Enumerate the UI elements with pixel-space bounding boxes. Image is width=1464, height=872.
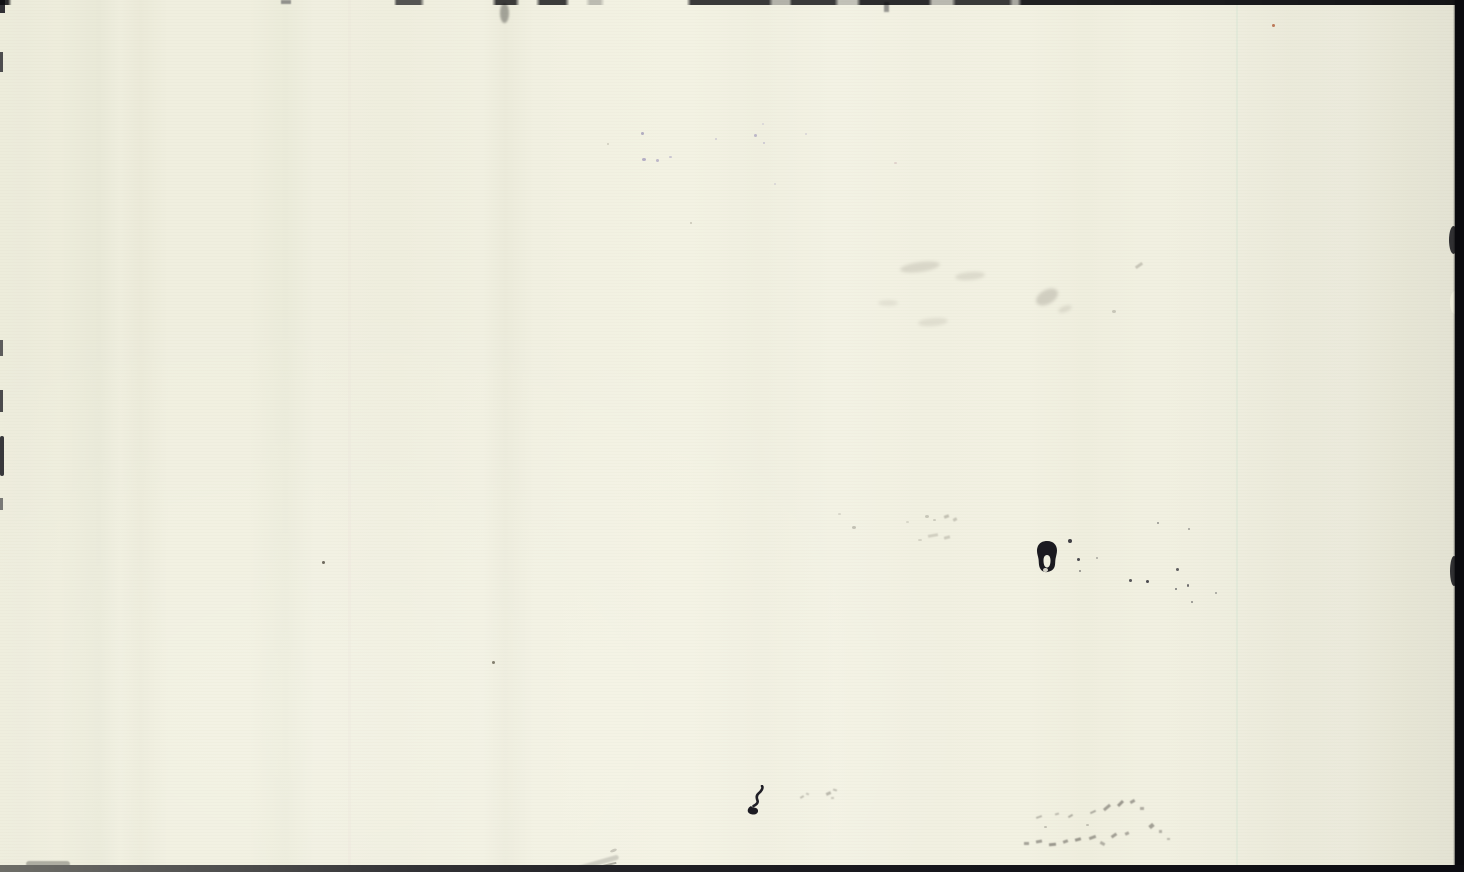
ink-speck-6 [1146,580,1149,583]
ghost-script-a1 [1036,815,1042,819]
scratch-tip [610,848,618,853]
ink-speck-8 [1175,588,1177,590]
faint-smudge-7 [1135,262,1143,269]
pink-scan-streak [348,0,351,872]
ink-speck-13 [1215,592,1217,594]
ghost-script-b8 [1111,833,1118,839]
faint-smudge-6 [878,300,898,306]
left-edge-mark-3 [0,390,3,412]
ink-speck-1 [1068,539,1072,543]
ink-speck-11 [1157,522,1159,524]
ghost-script-b4 [1063,839,1069,844]
faint-smudge-8 [1112,310,1116,313]
ghost-mark-m1 [925,515,929,518]
faint-smudge-4 [1057,304,1072,314]
faint-smudge-2 [955,271,986,282]
ghost-script-a7 [1130,799,1136,804]
faint-smudge-5 [918,317,949,328]
ink-speck-4 [1096,557,1098,559]
lone-speck-3 [690,222,692,224]
left-edge-mark-5 [0,498,3,510]
scanner-edge-bottom [0,865,1464,872]
purple-bleed-dot-7 [763,142,765,144]
ghost-script-b11 [1159,830,1162,833]
squiggle-tail-mark-5 [831,797,834,799]
ghost-script-b10 [1148,823,1154,829]
squiggle-tail-mark-4 [833,789,837,792]
purple-bleed-dot-10 [774,183,776,185]
ghost-mark-m6 [944,535,951,539]
ghost-mark-m4 [953,517,958,522]
lone-speck-2 [492,661,495,664]
ghost-mark-m10 [838,513,841,515]
purple-bleed-dot-4 [669,156,672,158]
purple-bleed-dot-5 [715,138,717,140]
ghost-script-a4 [1090,810,1096,814]
ghost-mark-m5 [928,533,938,538]
squiggle-tail-mark-2 [806,793,810,796]
ink-speck-3 [1079,570,1081,572]
ghost-mark-m3 [944,514,950,519]
squiggle-tail-mark-1 [800,795,804,799]
ghost-script-b5 [1075,837,1082,841]
ghost-mark-m2 [933,519,936,521]
left-edge-mark-2 [0,340,3,356]
ghost-script-dot-2 [1086,824,1089,826]
scanned-card [0,0,1464,872]
ghost-script-a6 [1117,800,1124,807]
ghost-script-b1 [1024,842,1029,845]
left-edge-mark-4 [0,436,4,476]
left-edge-mark-1 [0,52,3,72]
purple-bleed-dot-2 [642,158,646,161]
ghost-script-a8 [1140,807,1144,810]
ghost-script-b3 [1049,843,1056,847]
ghost-script-a3 [1068,814,1073,818]
faint-smudge-3 [1033,285,1061,309]
ghost-script-a5 [1103,804,1111,811]
ink-squiggle-blob [746,804,762,816]
squiggle-tail-mark-3 [826,791,832,796]
ink-blot [1034,540,1060,574]
purple-bleed-dot-6 [754,134,757,137]
ghost-mark-m8 [906,521,909,523]
purple-bleed-dot-8 [762,123,764,125]
top-edge-ink-drip [500,3,509,23]
marks-layer [0,0,1464,872]
ghost-mark-m7 [918,539,922,541]
ink-speck-5 [1129,579,1132,582]
ghost-script-b6 [1089,835,1097,840]
ghost-script-b12 [1167,838,1170,840]
ghost-script-b7 [1100,841,1106,846]
ghost-script-b9 [1125,831,1130,835]
lone-speck-4 [607,143,609,145]
ink-speck-7 [1176,568,1179,571]
ghost-script-dot-1 [1044,826,1047,828]
ink-squiggle-stroke [745,785,767,815]
purple-bleed-dot-9 [805,133,807,135]
ghost-script-a2 [1055,813,1059,816]
green-scan-streak [1236,0,1238,872]
purple-bleed-dot-3 [656,159,659,162]
ink-speck-9 [1187,584,1189,587]
purple-bleed-dot-1 [641,132,644,135]
lone-speck-1 [322,561,325,564]
ink-speck-2 [1077,558,1080,561]
ghost-script-b2 [1036,840,1042,844]
ghost-mark-m9 [852,526,856,529]
ink-blot-bottom-gap [1043,568,1048,572]
ink-speck-10 [1191,601,1193,603]
scanner-edge-right [1455,0,1464,872]
pink-bleed-dot [894,162,897,164]
faint-smudge-1 [899,259,940,274]
ink-speck-12 [1188,528,1190,530]
scanner-edge-top [0,0,1464,5]
red-speck [1272,24,1275,27]
